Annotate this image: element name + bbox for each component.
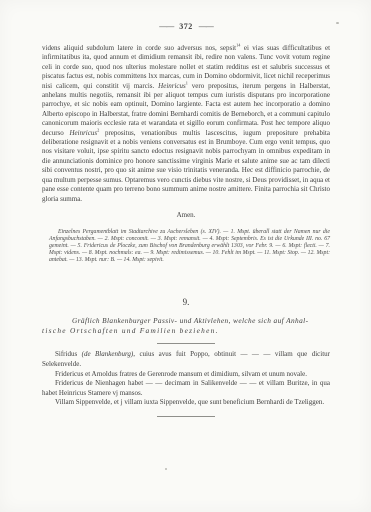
section-heading-line1: Gräflich Blankenburger Passiv- und Aktiv…	[42, 316, 330, 326]
section-heading-line2: tische Ortschaften und Familien beziehen…	[42, 326, 330, 336]
scan-speck	[165, 468, 167, 470]
lehen-entry: Fridericus et Arnoldus fratres de Gerenr…	[42, 370, 330, 380]
lehen-entry: Fridericus de Nienhagen habet — — decima…	[42, 379, 330, 398]
lehen-entry: Sifridus (de Blankenburg), cuius avus fu…	[42, 350, 330, 369]
header-left-dash: ——	[159, 22, 173, 31]
divider-rule-bottom	[157, 416, 215, 417]
latin-body-paragraph: videns aliquid subdolum latere in corde …	[42, 44, 330, 204]
footnote-apparatus: Einzelnes Pergamentblatt im Stadtarchive…	[49, 229, 330, 264]
amen-line: Amen.	[42, 211, 330, 219]
header-right-dash: ——	[199, 22, 213, 31]
page-number: 372	[179, 22, 193, 31]
page-header: ——372——	[42, 22, 330, 31]
section-heading: Gräflich Blankenburger Passiv- und Aktiv…	[42, 316, 330, 336]
scan-speck	[336, 22, 339, 24]
scanned-book-page: ——372—— videns aliquid subdolum latere i…	[0, 0, 371, 512]
lehen-entry: Villam Sippenvelde, et j villam iuxta Si…	[42, 398, 330, 408]
section-number: 9.	[42, 297, 330, 307]
divider-rule-top	[157, 343, 215, 344]
